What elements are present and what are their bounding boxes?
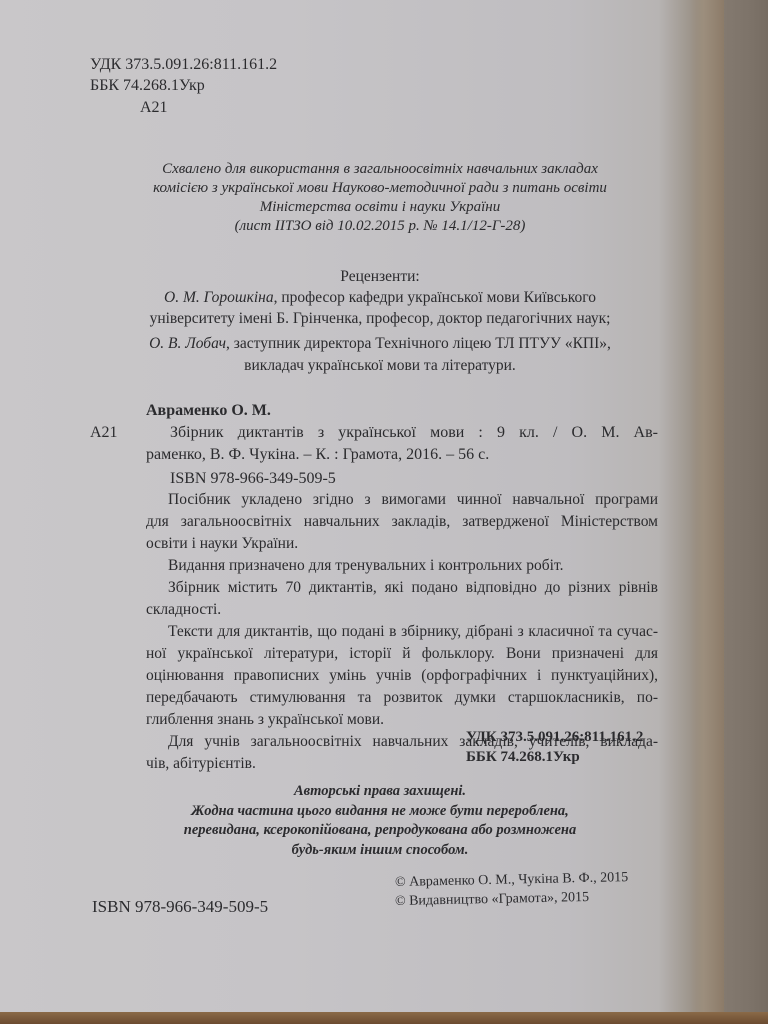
catalog-title-line-2: раменко, В. Ф. Чукіна. – К. : Грамота, 2… (146, 445, 489, 464)
approval-line: комісією з української мови Науково-мето… (100, 179, 660, 198)
reviewer-1-line-1: О. М. Горошкіна, професор кафедри україн… (95, 288, 665, 308)
copyright-notice-line: перевидана, ксерокопійована, репродукова… (140, 821, 620, 841)
annotation-p1-line: для загальноосвітніх навчальних закладів… (146, 511, 658, 533)
bbk-code: ББК 74.268.1Укр (90, 76, 205, 95)
annotation-p1-line: освіти і науки України. (146, 533, 658, 555)
annotation-p4-line: передбачають стимулювання та розвиток ду… (146, 687, 658, 709)
annotation-p4-line: оцінювання правописних умінь учнів (орфо… (146, 665, 658, 687)
approval-line: Схвалено для використання в загальноосві… (100, 160, 660, 179)
reviewer-1-line-2: університету імені Б. Грінченка, професо… (95, 308, 665, 330)
annotation-bbk: ББК 74.268.1Укр (466, 748, 580, 767)
annotation-p4-line: Тексти для диктантів, що подані в збірни… (146, 621, 658, 643)
annotation-p2-line: Видання призначено для тренувальних і ко… (146, 555, 658, 577)
reviewers-heading: Рецензенти: (95, 266, 665, 288)
footer-isbn: ISBN 978-966-349-509-5 (92, 897, 268, 916)
annotation-p3-line: складності. (146, 599, 658, 621)
reviewer-1-affiliation: , професор кафедри української мови Київ… (274, 289, 596, 306)
reviewer-1-name: О. М. Горошкіна (164, 289, 274, 306)
copyright-notice: Авторські права захищені. Жодна частина … (140, 782, 620, 860)
approval-line: (лист ІІТЗО від 10.02.2015 р. № 14.1/12-… (100, 217, 660, 236)
next-page-edge (722, 0, 768, 1024)
catalog-isbn: ISBN 978-966-349-509-5 (170, 469, 336, 488)
catalog-title-line-1: Збірник диктантів з української мови : 9… (170, 423, 658, 442)
page-gutter-shadow (690, 0, 724, 1016)
table-surface (0, 1012, 768, 1024)
footer-copyright-publisher: © Видавництво «Грамота», 2015 (395, 888, 589, 911)
copyright-notice-line: будь-яким іншим способом. (140, 841, 620, 861)
reviewer-2-line-1: О. В. Лобач, заступник директора Технічн… (95, 332, 665, 356)
reviewer-2-affiliation: , заступник директора Технічного ліцею Т… (226, 335, 611, 352)
copyright-notice-line: Авторські права захищені. (140, 782, 620, 802)
annotation-p4-line: ної української літератури, історії й фо… (146, 643, 658, 665)
reviewers-block: Рецензенти: О. М. Горошкіна, професор ка… (95, 266, 665, 376)
annotation-p5-line: чів, абітурієнтів. (146, 753, 658, 775)
annotation-p1-line: Посібник укладено згідно з вимогами чинн… (146, 489, 658, 511)
author-mark: А21 (140, 98, 168, 117)
copyright-notice-line: Жодна частина цього видання не може бути… (140, 802, 620, 822)
reviewer-2-name: О. В. Лобач (149, 335, 226, 352)
udk-code: УДК 373.5.091.26:811.161.2 (90, 55, 277, 74)
catalog-author: Авраменко О. М. (146, 401, 271, 420)
annotation-udk: УДК 373.5.091.26:811.161.2 (466, 728, 643, 747)
approval-block: Схвалено для використання в загальноосві… (100, 160, 660, 236)
annotation-p3-line: Збірник містить 70 диктантів, які подано… (146, 577, 658, 599)
approval-line: Міністерства освіти і науки України (100, 198, 660, 217)
reviewer-2-line-2: викладач української мови та літератури. (95, 356, 665, 376)
catalog-mark: А21 (90, 423, 118, 442)
